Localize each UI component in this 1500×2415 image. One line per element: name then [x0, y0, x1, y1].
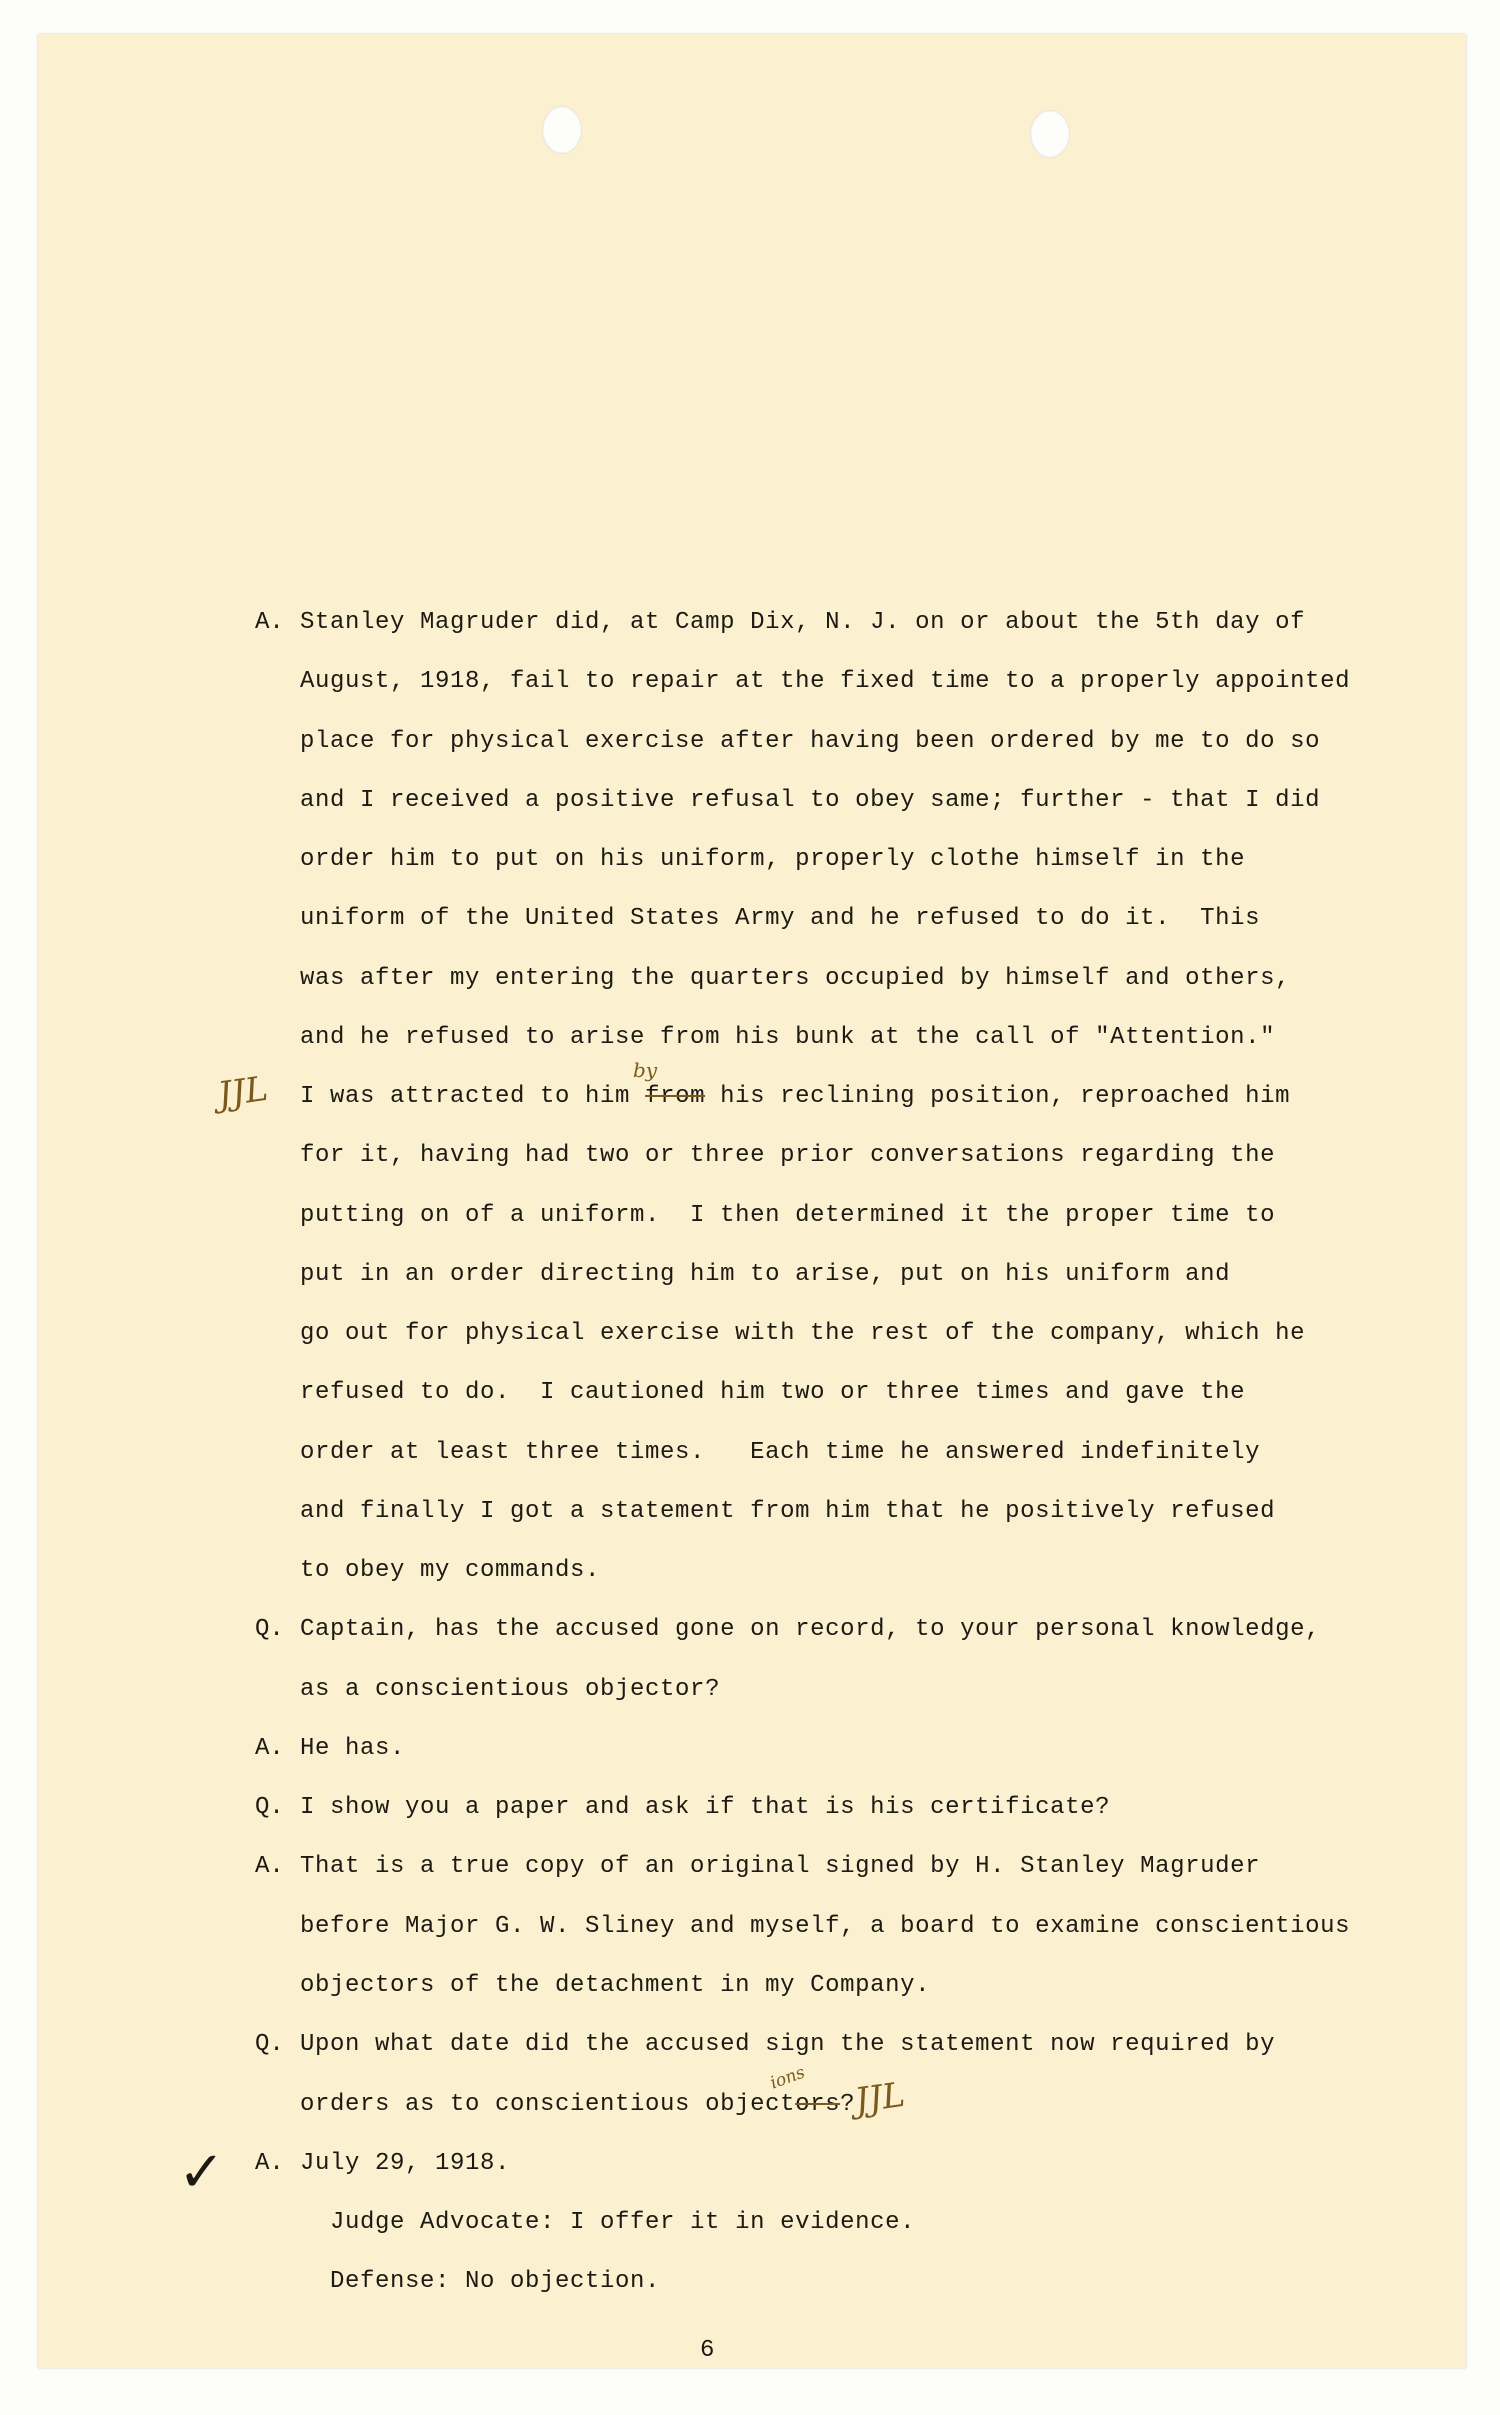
- text-segment: ?: [840, 2091, 855, 2118]
- handwritten-initials: JJL: [215, 1069, 270, 1116]
- text-line: and he refused to arise from his bunk at…: [300, 1023, 1275, 1053]
- answer-label: A.: [255, 1734, 284, 1764]
- text-line: Judge Advocate: I offer it in evidence.: [330, 2208, 915, 2238]
- page-number: 6: [700, 2337, 714, 2364]
- text-line: putting on of a uniform. I then determin…: [300, 1201, 1275, 1231]
- struck-word: from: [645, 1083, 705, 1110]
- text-line: order him to put on his uniform, properl…: [300, 845, 1245, 875]
- text-line: and I received a positive refusal to obe…: [300, 786, 1320, 816]
- struck-word: ors: [795, 2091, 840, 2118]
- handwritten-insertion: by: [633, 1058, 657, 1082]
- text-line: place for physical exercise after having…: [300, 727, 1320, 757]
- answer-label: A.: [255, 2149, 284, 2179]
- text-line: order at least three times. Each time he…: [300, 1438, 1260, 1468]
- text-line: August, 1918, fail to repair at the fixe…: [300, 667, 1350, 697]
- text-line: I show you a paper and ask if that is hi…: [300, 1793, 1110, 1823]
- text-line: and finally I got a statement from him t…: [300, 1497, 1275, 1527]
- text-line: Defense: No objection.: [330, 2267, 660, 2297]
- text-line: refused to do. I cautioned him two or th…: [300, 1378, 1245, 1408]
- text-line: to obey my commands.: [300, 1556, 600, 1586]
- corrected-text-line: orders as to conscientious objectors?: [300, 2090, 855, 2120]
- corrected-text-line: I was attracted to him from his reclinin…: [300, 1082, 1290, 1112]
- answer-label: A.: [255, 608, 284, 638]
- text-line: Captain, has the accused gone on record,…: [300, 1615, 1320, 1645]
- question-label: Q.: [255, 1793, 284, 1823]
- text-line: uniform of the United States Army and he…: [300, 904, 1260, 934]
- question-label: Q.: [255, 2030, 284, 2060]
- checkmark-icon: ✓: [178, 2140, 225, 2205]
- text-line: before Major G. W. Sliney and myself, a …: [300, 1912, 1350, 1942]
- handwritten-initials: JJL: [852, 2075, 907, 2122]
- text-segment: I was attracted to him: [300, 1083, 645, 1110]
- text-line: put in an order directing him to arise, …: [300, 1260, 1230, 1290]
- text-line: Upon what date did the accused sign the …: [300, 2030, 1275, 2060]
- text-segment: his reclining position, reproached him: [705, 1083, 1290, 1110]
- text-line: objectors of the detachment in my Compan…: [300, 1971, 930, 2001]
- text-line: as a conscientious objector?: [300, 1675, 720, 1705]
- answer-label: A.: [255, 1852, 284, 1882]
- text-line: He has.: [300, 1734, 405, 1764]
- text-line: was after my entering the quarters occup…: [300, 964, 1290, 994]
- question-label: Q.: [255, 1615, 284, 1645]
- text-line: for it, having had two or three prior co…: [300, 1141, 1275, 1171]
- punch-hole: [542, 106, 582, 154]
- text-line: Stanley Magruder did, at Camp Dix, N. J.…: [300, 608, 1305, 638]
- punch-hole: [1030, 110, 1070, 158]
- text-line: go out for physical exercise with the re…: [300, 1319, 1305, 1349]
- text-segment: orders as to conscientious object: [300, 2091, 795, 2118]
- text-line: July 29, 1918.: [300, 2149, 510, 2179]
- text-line: That is a true copy of an original signe…: [300, 1852, 1260, 1882]
